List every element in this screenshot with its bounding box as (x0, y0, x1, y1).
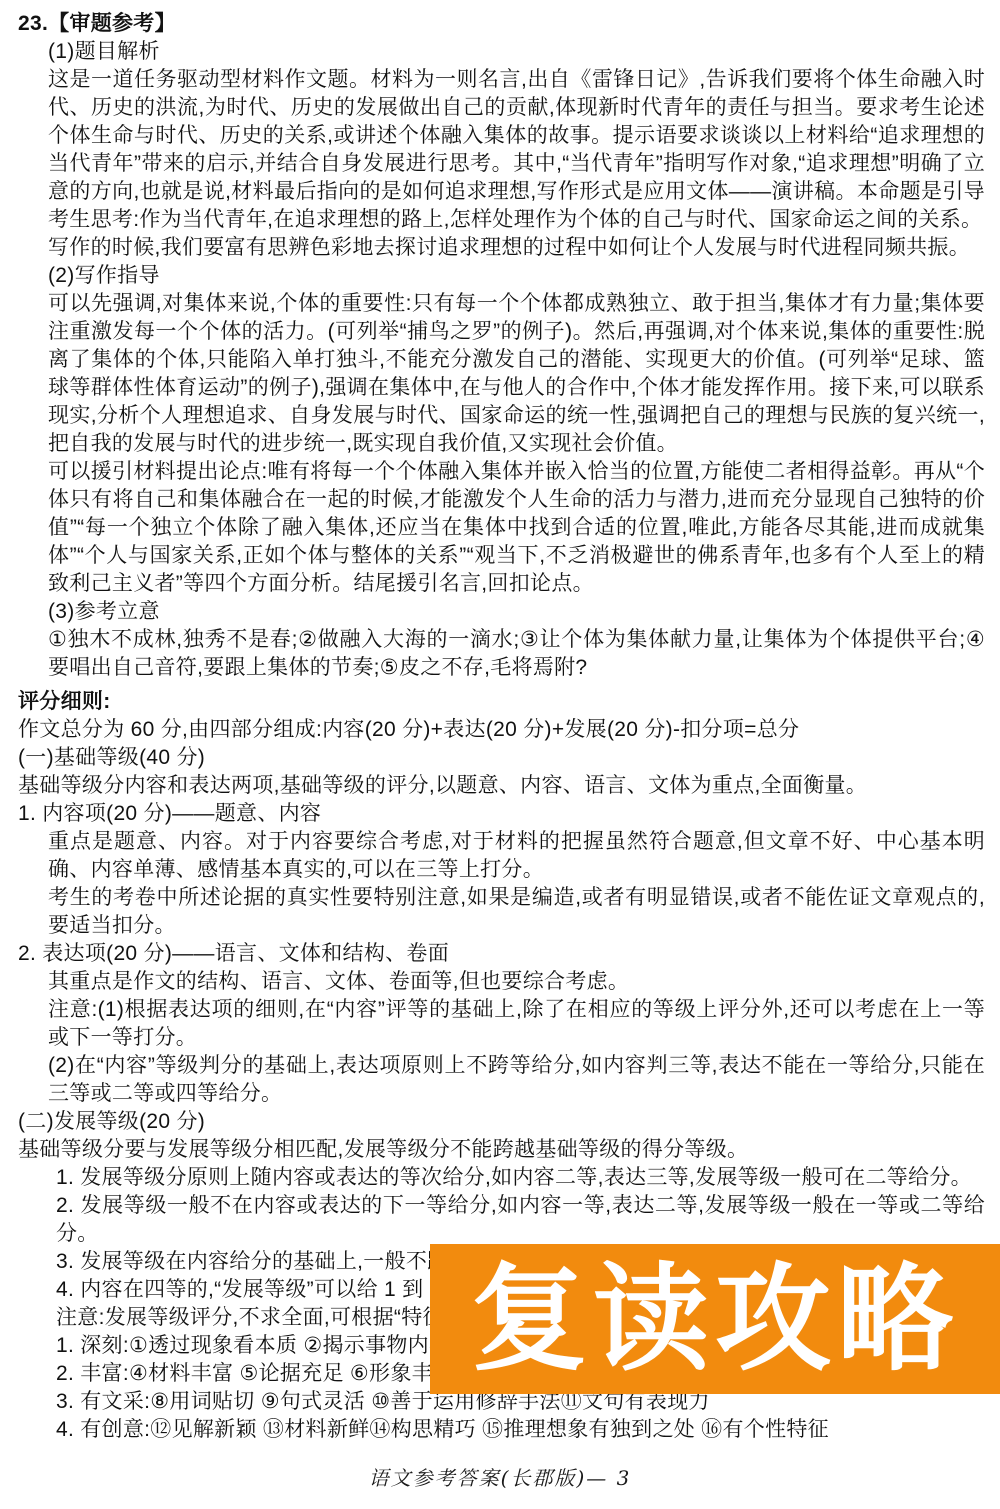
text-line: 考生的考卷中所述论据的真实性要特别注意,如果是编造,或者有明显错误,或者不能佐证… (0, 884, 1000, 940)
text-line: (二)发展等级(20 分) (0, 1108, 1000, 1136)
text-line: 可以先强调,对集体来说,个体的重要性:只有每一个个体都成熟独立、敢于担当,集体才… (0, 290, 1000, 458)
page-footer: 语文参考答案(长郡版)— 3 (0, 1462, 1000, 1491)
text-line: (2)写作指导 (0, 262, 1000, 290)
text-line: 可以援引材料提出论点:唯有将每一个个体融入集体并嵌入恰当的位置,方能使二者相得益… (0, 458, 1000, 598)
text-line: 23.【审题参考】 (0, 10, 1000, 38)
scanned-answer-page: 23.【审题参考】(1)题目解析这是一道任务驱动型材料作文题。材料为一则名言,出… (0, 0, 1000, 1509)
text-line: 这是一道任务驱动型材料作文题。材料为一则名言,出自《雷锋日记》,告诉我们要将个体… (0, 66, 1000, 234)
text-line: ①独木不成林,独秀不是春;②做融入大海的一滴水;③让个体为集体献力量,让集体为个… (0, 626, 1000, 682)
text-line: 基础等级分内容和表达两项,基础等级的评分,以题意、内容、语言、文体为重点,全面衡… (0, 772, 1000, 800)
text-line: 重点是题意、内容。对于内容要综合考虑,对于材料的把握虽然符合题意,但文章不好、中… (0, 828, 1000, 884)
text-line: (2)在“内容”等级判分的基础上,表达项原则上不跨等给分,如内容判三等,表达不能… (0, 1052, 1000, 1108)
text-line: 评分细则: (0, 688, 1000, 716)
text-line: 注意:(1)根据表达项的细则,在“内容”评等的基础上,除了在相应的等级上评分外,… (0, 996, 1000, 1052)
text-line: (3)参考立意 (0, 598, 1000, 626)
text-line: 作文总分为 60 分,由四部分组成:内容(20 分)+表达(20 分)+发展(2… (0, 716, 1000, 744)
text-line: 2. 发展等级一般不在内容或表达的下一等给分,如内容一等,表达二等,发展等级一般… (0, 1192, 1000, 1248)
document-body: 23.【审题参考】(1)题目解析这是一道任务驱动型材料作文题。材料为一则名言,出… (0, 10, 1000, 1444)
text-line: 1. 内容项(20 分)——题意、内容 (0, 800, 1000, 828)
text-line: 其重点是作文的结构、语言、文体、卷面等,但也要综合考虑。 (0, 968, 1000, 996)
text-line: 2. 表达项(20 分)——语言、文体和结构、卷面 (0, 940, 1000, 968)
text-line: 4. 有创意:⑫见解新颖 ⑬材料新鲜⑭构思精巧 ⑮推理想象有独到之处 ⑯有个性特… (0, 1416, 1000, 1444)
promo-banner: 复读攻略 (430, 1244, 1000, 1394)
text-line: 写作的时候,我们要富有思辨色彩地去探讨追求理想的过程中如何让个人发展与时代进程同… (0, 234, 1000, 262)
text-line: (一)基础等级(40 分) (0, 744, 1000, 772)
text-line: 基础等级分要与发展等级分相匹配,发展等级分不能跨越基础等级的得分等级。 (0, 1136, 1000, 1164)
promo-banner-text: 复读攻略 (471, 1261, 959, 1377)
text-line: 1. 发展等级分原则上随内容或表达的等次给分,如内容二等,表达三等,发展等级一般… (0, 1164, 1000, 1192)
text-line: (1)题目解析 (0, 38, 1000, 66)
